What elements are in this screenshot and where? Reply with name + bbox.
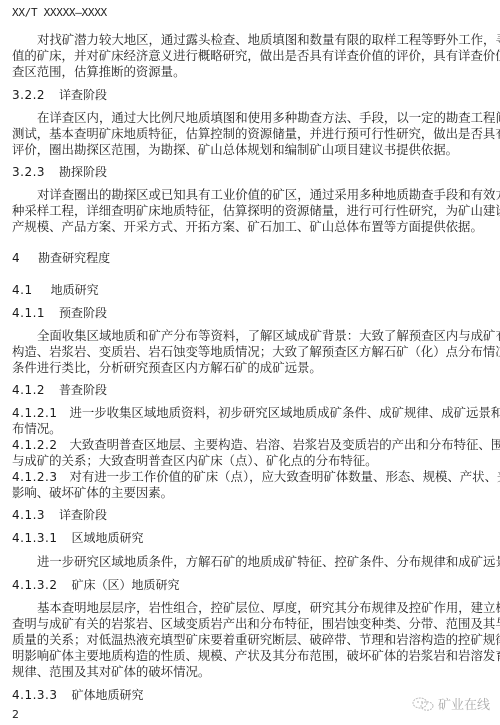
clause-4-1-2-2: 4.1.2.2大致查明普查区地层、主要构造、岩溶、岩浆岩及变质岩的产出和分布特征… (12, 437, 481, 469)
paragraph-line: 质量的关系；对低温热液充填型矿床要着重研究断层、破碎带、节理和岩溶构造的控矿规律… (12, 632, 481, 648)
watermark: 矿业在线 (412, 694, 490, 713)
section-heading-4-1-3-2: 4.1.3.2矿床（区）地质研究 (12, 577, 180, 593)
clause-text: 与成矿的关系；大致查明普查区内矿床（点）、矿化点的分布特征。 (12, 453, 481, 469)
clause-number: 4.1.2.3 (12, 470, 57, 484)
section-number: 4.1.3.1 (12, 530, 57, 546)
paragraph-line: 对详查圈出的勘探区或已知具有工业价值的矿区，通过采用多种地质勘查手段和有效方法，… (12, 187, 481, 203)
section-title: 详查阶段 (59, 88, 107, 102)
section-heading-4-1-3-1: 4.1.3.1区域地质研究 (12, 530, 144, 546)
paragraph-3-2-3: 对详查圈出的勘探区或已知具有工业价值的矿区，通过采用多种地质勘查手段和有效方法，… (12, 187, 481, 235)
clause-4-1-2-1: 4.1.2.1进一步收集区域地质资料，初步研究区域地质成矿条件、成矿规律、成矿远… (12, 405, 481, 437)
section-number: 4.1 (12, 282, 33, 298)
paragraph-line: 基本查明地层层序，岩性组合，控矿层位、厚度，研究其分布规律及控矿作用，建立标志层… (12, 600, 481, 616)
section-number: 4.1.3.2 (12, 577, 57, 593)
paragraph-line: 值的矿床，并对矿床经济意义进行概略研究，做出是否具有详查价值的评价，具有详查价值… (12, 48, 481, 64)
clause-number: 4.1.2.1 (12, 406, 57, 420)
paragraph-4-1-3-1: 进一步研究区域地质条件，方解石矿的地质成矿特征、控矿条件、分布规律和成矿远景。 (12, 554, 481, 570)
section-number: 4 (12, 250, 20, 266)
section-heading-3-2-3: 3.2.3勘探阶段 (12, 164, 107, 180)
section-number: 4.1.1 (12, 305, 45, 321)
section-number: 3.2.3 (12, 164, 45, 180)
paragraph-line: 测试，基本查明矿床地质特征，估算控制的资源储量，并进行预可行性研究，做出是否具有… (12, 126, 481, 142)
clause-text: 大致查明普查区地层、主要构造、岩溶、岩浆岩及变质岩的产出和分布特征、围岩蚀变及其 (69, 437, 500, 452)
paragraph-line: 全面收集区域地质和矿产分布等资料，了解区域成矿背景：大致了解预查区内与成矿有关的… (12, 328, 481, 344)
paragraph-4-1-3-2: 基本查明地层层序，岩性组合，控矿层位、厚度，研究其分布规律及控矿作用，建立标志层… (12, 600, 481, 680)
paragraph-line: 明影响矿体主要地质构造的性质、规模、产状及其分布范围，破坏矿体的岩浆岩和岩溶发育… (12, 648, 481, 664)
section-title: 矿体地质研究 (71, 688, 143, 702)
clause-text: 对有进一步工作价值的矿床（点），应大致查明矿体数量、形态、规模、产状、夹石情况和 (69, 469, 500, 484)
paragraph-line: 查明与成矿有关的岩浆岩、区域变质岩产出和分布特征，围岩蚀变种类、分带、范围及其与… (12, 616, 481, 632)
paragraph-line: 构造、岩浆岩、变质岩、岩石蚀变等地质情况；大致了解预查区方解石矿（化）点分布情况… (12, 344, 481, 360)
clause-4-1-2-3: 4.1.2.3对有进一步工作价值的矿床（点），应大致查明矿体数量、形态、规模、产… (12, 469, 481, 501)
paragraph-line: 评价，圈出勘探区范围，为勘探、矿山总体规划和编制矿山项目建议书提供依据。 (12, 142, 481, 158)
section-title: 区域地质研究 (71, 531, 143, 545)
clause-text: 影响、破坏矿体的主要因素。 (12, 485, 481, 501)
paragraph-line: 查区范围，估算推断的资源量。 (12, 64, 481, 80)
section-heading-4-1: 4.1地质研究 (12, 282, 99, 298)
chapter-heading-4: 4勘查研究程度 (12, 250, 110, 266)
section-title: 勘查研究程度 (38, 251, 110, 265)
section-title: 普查阶段 (59, 383, 107, 397)
section-heading-4-1-1: 4.1.1预查阶段 (12, 305, 107, 321)
watermark-text: 矿业在线 (438, 694, 490, 713)
section-number: 4.1.2 (12, 382, 45, 398)
paragraph-line: 规律、范围及其对矿体的破坏情况。 (12, 664, 481, 680)
clause-text: 布情况。 (12, 421, 481, 437)
clause-text: 进一步收集区域地质资料，初步研究区域地质成矿条件、成矿规律、成矿远景和有关矿产分 (69, 405, 500, 420)
section-number: 4.1.3 (12, 507, 45, 523)
paragraph-line: 条件进行类比，分析研究预查区内方解石矿的成矿远景。 (12, 360, 481, 376)
paragraph-line: 种采样工程，详细查明矿床地质特征，估算探明的资源储量，进行可行性研究，为矿山建设… (12, 203, 481, 219)
section-title: 矿床（区）地质研究 (71, 578, 179, 592)
paragraph-line: 产规模、产品方案、开采方式、开拓方案、矿石加工、矿山总体布置等方面提供依据。 (12, 219, 481, 235)
section-heading-3-2-2: 3.2.2详查阶段 (12, 87, 107, 103)
paragraph-line: 对找矿潜力较大地区，通过露头检查、地质填图和数量有限的取样工程等野外工作，寻找有… (12, 32, 481, 48)
section-title: 地质研究 (51, 283, 99, 297)
wechat-icon (412, 697, 434, 711)
document-page: XX/T XXXXX—XXXX 对找矿潜力较大地区，通过露头检查、地质填图和数量… (0, 0, 500, 725)
paragraph-line: 在详查区内，通过大比例尺地质填图和使用多种勘查方法、手段，以一定的勘查工程间距系… (12, 110, 481, 126)
section-title: 详查阶段 (59, 508, 107, 522)
paragraph-3-2-2: 在详查区内，通过大比例尺地质填图和使用多种勘查方法、手段，以一定的勘查工程间距系… (12, 110, 481, 158)
paragraph-4-1-1: 全面收集区域地质和矿产分布等资料，了解区域成矿背景：大致了解预查区内与成矿有关的… (12, 328, 481, 376)
section-number: 4.1.3.3 (12, 687, 57, 703)
document-code-header: XX/T XXXXX—XXXX (12, 6, 107, 19)
section-title: 预查阶段 (59, 306, 107, 320)
page-number: 2 (12, 708, 19, 721)
section-heading-4-1-3: 4.1.3详查阶段 (12, 507, 107, 523)
paragraph-line: 进一步研究区域地质条件，方解石矿的地质成矿特征、控矿条件、分布规律和成矿远景。 (12, 554, 481, 570)
section-number: 3.2.2 (12, 87, 45, 103)
section-heading-4-1-3-3: 4.1.3.3矿体地质研究 (12, 687, 144, 703)
intro-paragraph: 对找矿潜力较大地区，通过露头检查、地质填图和数量有限的取样工程等野外工作，寻找有… (12, 32, 481, 80)
section-title: 勘探阶段 (59, 165, 107, 179)
section-heading-4-1-2: 4.1.2普查阶段 (12, 382, 107, 398)
clause-number: 4.1.2.2 (12, 438, 57, 452)
